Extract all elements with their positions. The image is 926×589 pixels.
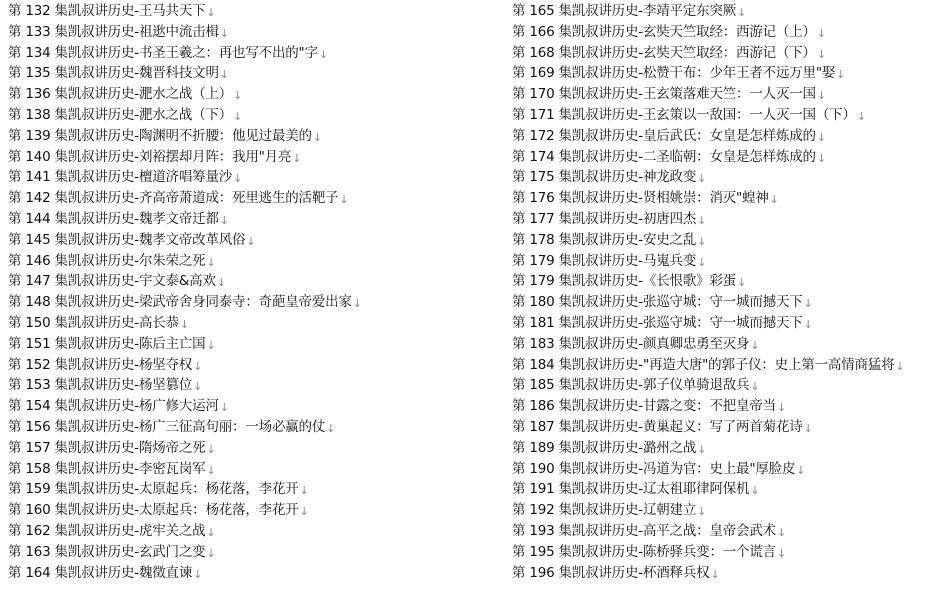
episode-number: 141 xyxy=(25,169,50,185)
episode-title: 集凯叔讲历史-玄武门之变 xyxy=(54,544,205,560)
episode-line: 第192集凯叔讲历史-辽朝建立↓ xyxy=(512,500,904,521)
episode-prefix: 第 xyxy=(512,211,525,227)
episode-number: 166 xyxy=(529,24,554,40)
episode-prefix: 第 xyxy=(8,461,21,477)
episode-prefix: 第 xyxy=(8,294,21,310)
episode-title: 集凯叔讲历史-安史之乱 xyxy=(558,232,696,248)
episode-title: 集凯叔讲历史-贤相姚崇：消灭"蝗神 xyxy=(558,190,768,206)
episode-title: 集凯叔讲历史-隋炀帝之死 xyxy=(54,440,205,456)
episode-title: 集凯叔讲历史-玄奘天竺取经：西游记（上） xyxy=(558,24,815,40)
episode-number: 191 xyxy=(529,481,554,497)
episode-title: 集凯叔讲历史-张巡守城：守一城而撼天下 xyxy=(558,294,802,310)
paragraph-mark-icon: ↓ xyxy=(300,502,309,523)
episode-prefix: 第 xyxy=(8,149,21,165)
episode-title: 集凯叔讲历史-张巡守城：守一城而撼天下 xyxy=(558,315,802,331)
episode-number: 179 xyxy=(529,273,554,289)
episode-number: 178 xyxy=(529,232,554,248)
episode-number: 148 xyxy=(25,294,50,310)
episode-title: 集凯叔讲历史-王玄策以一敌国：一人灭一国（下） xyxy=(558,107,855,123)
episode-number: 154 xyxy=(25,398,50,414)
episode-title: 集凯叔讲历史-王马共天下 xyxy=(54,3,205,19)
episode-title: 集凯叔讲历史-尔朱荣之死 xyxy=(54,253,205,269)
episode-line: 第160集凯叔讲历史-太原起兵：杨花落，李花开↓ xyxy=(8,500,362,521)
episode-prefix: 第 xyxy=(8,502,21,518)
episode-line: 第136集凯叔讲历史-淝水之战（上）↓ xyxy=(8,84,362,105)
episode-title: 集凯叔讲历史-虎牢关之战 xyxy=(54,523,205,539)
episode-number: 159 xyxy=(25,481,50,497)
episode-title: 集凯叔讲历史-祖逖中流击楫 xyxy=(54,24,218,40)
episode-line: 第168集凯叔讲历史-玄奘天竺取经：西游记（下）↓ xyxy=(512,43,904,64)
episode-line: 第179集凯叔讲历史-马嵬兵变↓ xyxy=(512,251,904,272)
episode-line: 第153集凯叔讲历史-杨坚篡位↓ xyxy=(8,375,362,396)
episode-number: 186 xyxy=(529,398,554,414)
episode-number: 147 xyxy=(25,273,50,289)
episode-prefix: 第 xyxy=(512,398,525,414)
episode-number: 177 xyxy=(529,211,554,227)
episode-prefix: 第 xyxy=(8,3,21,19)
paragraph-mark-icon: ↓ xyxy=(206,523,215,544)
episode-prefix: 第 xyxy=(8,107,21,123)
episode-prefix: 第 xyxy=(8,315,21,331)
episode-line: 第154集凯叔讲历史-杨广修大运河↓ xyxy=(8,396,362,417)
paragraph-mark-icon: ↓ xyxy=(697,502,706,523)
paragraph-mark-icon: ↓ xyxy=(206,336,215,357)
episode-number: 192 xyxy=(529,502,554,518)
episode-prefix: 第 xyxy=(512,107,525,123)
episode-prefix: 第 xyxy=(8,419,21,435)
paragraph-mark-icon: ↓ xyxy=(220,65,229,86)
episode-title: 集凯叔讲历史-杯酒释兵权 xyxy=(558,565,709,581)
paragraph-mark-icon: ↓ xyxy=(697,440,706,461)
paragraph-mark-icon: ↓ xyxy=(737,3,746,24)
episode-title: 集凯叔讲历史-淝水之战（上） xyxy=(54,86,232,102)
episode-number: 162 xyxy=(25,523,50,539)
episode-title: 集凯叔讲历史-初唐四杰 xyxy=(558,211,696,227)
episode-line: 第142集凯叔讲历史-齐高帝萧道成：死里逃生的活靶子↓ xyxy=(8,188,362,209)
episode-number: 174 xyxy=(529,149,554,165)
episode-title: 集凯叔讲历史-《长恨歌》彩蛋 xyxy=(558,273,736,289)
episode-number: 171 xyxy=(529,107,554,123)
episode-number: 193 xyxy=(529,523,554,539)
paragraph-mark-icon: ↓ xyxy=(804,294,813,315)
episode-prefix: 第 xyxy=(512,419,525,435)
episode-number: 153 xyxy=(25,377,50,393)
paragraph-mark-icon: ↓ xyxy=(737,273,746,294)
paragraph-mark-icon: ↓ xyxy=(220,211,229,232)
episode-line: 第144集凯叔讲历史-魏孝文帝迁都↓ xyxy=(8,209,362,230)
episode-prefix: 第 xyxy=(8,211,21,227)
episode-prefix: 第 xyxy=(512,45,525,61)
episode-title: 集凯叔讲历史-高平之战：皇帝会武术 xyxy=(558,523,775,539)
paragraph-mark-icon: ↓ xyxy=(836,65,845,86)
episode-title: 集凯叔讲历史-二圣临朝：女皇是怎样炼成的 xyxy=(558,149,815,165)
episode-number: 134 xyxy=(25,45,50,61)
episode-title: 集凯叔讲历史-郭子仪单骑退敌兵 xyxy=(558,377,749,393)
episode-title: 集凯叔讲历史-王玄策落难天竺：一人灭一国 xyxy=(558,86,815,102)
episode-line: 第156集凯叔讲历史-杨广三征高句丽：一场必赢的仗↓ xyxy=(8,417,362,438)
episode-number: 183 xyxy=(529,336,554,352)
episode-line: 第176集凯叔讲历史-贤相姚崇：消灭"蝗神↓ xyxy=(512,188,904,209)
episode-prefix: 第 xyxy=(8,440,21,456)
episode-line: 第183集凯叔讲历史-颜真卿忠勇至灭身↓ xyxy=(512,334,904,355)
episode-prefix: 第 xyxy=(8,253,21,269)
episode-title: 集凯叔讲历史-松赞干布：少年王者不远万里"娶 xyxy=(558,65,835,81)
episode-number: 160 xyxy=(25,502,50,518)
paragraph-mark-icon: ↓ xyxy=(233,169,242,190)
episode-number: 176 xyxy=(529,190,554,206)
episode-line: 第145集凯叔讲历史-魏孝文帝改革风俗↓ xyxy=(8,230,362,251)
episode-title: 集凯叔讲历史-陶渊明不折腰：他见过最美的 xyxy=(54,128,311,144)
episode-title: 集凯叔讲历史-杨广三征高句丽：一场必赢的仗 xyxy=(54,419,325,435)
episode-number: 189 xyxy=(529,440,554,456)
episode-prefix: 第 xyxy=(512,523,525,539)
paragraph-mark-icon: ↓ xyxy=(206,253,215,274)
paragraph-mark-icon: ↓ xyxy=(770,190,779,211)
episode-prefix: 第 xyxy=(8,481,21,497)
episode-prefix: 第 xyxy=(512,190,525,206)
episode-number: 144 xyxy=(25,211,50,227)
episode-line: 第134集凯叔讲历史-书圣王羲之：再也写不出的"字↓ xyxy=(8,43,362,64)
episode-prefix: 第 xyxy=(8,24,21,40)
episode-prefix: 第 xyxy=(8,45,21,61)
episode-prefix: 第 xyxy=(8,65,21,81)
episode-line: 第141集凯叔讲历史-檀道济唱筹量沙↓ xyxy=(8,167,362,188)
episode-line: 第171集凯叔讲历史-王玄策以一敌国：一人灭一国（下）↓ xyxy=(512,105,904,126)
episode-line: 第190集凯叔讲历史-冯道为官：史上最"厚脸皮↓ xyxy=(512,459,904,480)
episode-title: 集凯叔讲历史-潞州之战 xyxy=(558,440,696,456)
episode-number: 165 xyxy=(529,3,554,19)
episode-line: 第178集凯叔讲历史-安史之乱↓ xyxy=(512,230,904,251)
episode-line: 第180集凯叔讲历史-张巡守城：守一城而撼天下↓ xyxy=(512,292,904,313)
episode-number: 196 xyxy=(529,565,554,581)
episode-line: 第147集凯叔讲历史-宇文泰&高欢↓ xyxy=(8,271,362,292)
episode-number: 151 xyxy=(25,336,50,352)
episode-line: 第191集凯叔讲历史-辽太祖耶律阿保机↓ xyxy=(512,479,904,500)
paragraph-mark-icon: ↓ xyxy=(193,565,202,586)
episode-title: 集凯叔讲历史-辽太祖耶律阿保机 xyxy=(558,481,749,497)
paragraph-mark-icon: ↓ xyxy=(697,253,706,274)
episode-prefix: 第 xyxy=(512,440,525,456)
episode-number: 169 xyxy=(529,65,554,81)
episode-number: 133 xyxy=(25,24,50,40)
episode-title: 集凯叔讲历史-颜真卿忠勇至灭身 xyxy=(558,336,749,352)
episode-line: 第189集凯叔讲历史-潞州之战↓ xyxy=(512,438,904,459)
episode-number: 138 xyxy=(25,107,50,123)
episode-line: 第179集凯叔讲历史-《长恨歌》彩蛋↓ xyxy=(512,271,904,292)
episode-title: 集凯叔讲历史-杨广修大运河 xyxy=(54,398,218,414)
episode-line: 第174集凯叔讲历史-二圣临朝：女皇是怎样炼成的↓ xyxy=(512,147,904,168)
episode-number: 157 xyxy=(25,440,50,456)
right-episode-column: 第165集凯叔讲历史-李靖平定东突厥↓ 第166集凯叔讲历史-玄奘天竺取经：西游… xyxy=(512,1,904,583)
episode-prefix: 第 xyxy=(512,377,525,393)
episode-title: 集凯叔讲历史-齐高帝萧道成：死里逃生的活靶子 xyxy=(54,190,338,206)
episode-number: 150 xyxy=(25,315,50,331)
episode-line: 第133集凯叔讲历史-祖逖中流击楫↓ xyxy=(8,22,362,43)
episode-prefix: 第 xyxy=(512,294,525,310)
episode-prefix: 第 xyxy=(512,315,525,331)
paragraph-mark-icon: ↓ xyxy=(777,398,786,419)
episode-line: 第181集凯叔讲历史-张巡守城：守一城而撼天下↓ xyxy=(512,313,904,334)
episode-number: 172 xyxy=(529,128,554,144)
episode-prefix: 第 xyxy=(512,461,525,477)
episode-prefix: 第 xyxy=(512,149,525,165)
paragraph-mark-icon: ↓ xyxy=(697,169,706,190)
episode-prefix: 第 xyxy=(512,232,525,248)
episode-line: 第187集凯叔讲历史-黄巢起义：写了两首菊花诗↓ xyxy=(512,417,904,438)
episode-prefix: 第 xyxy=(8,523,21,539)
episode-title: 集凯叔讲历史-"再造大唐"的郭子仪：史上第一高情商猛将 xyxy=(558,357,894,373)
episode-prefix: 第 xyxy=(8,565,21,581)
episode-prefix: 第 xyxy=(8,169,21,185)
episode-line: 第177集凯叔讲历史-初唐四杰↓ xyxy=(512,209,904,230)
paragraph-mark-icon: ↓ xyxy=(233,86,242,107)
episode-prefix: 第 xyxy=(512,273,525,289)
episode-title: 集凯叔讲历史-太原起兵：杨花落，李花开 xyxy=(54,481,298,497)
episode-prefix: 第 xyxy=(8,377,21,393)
episode-line: 第165集凯叔讲历史-李靖平定东突厥↓ xyxy=(512,1,904,22)
paragraph-mark-icon: ↓ xyxy=(206,544,215,565)
paragraph-mark-icon: ↓ xyxy=(777,544,786,565)
episode-line: 第140集凯叔讲历史-刘裕摆却月阵：我用"月亮↓ xyxy=(8,147,362,168)
paragraph-mark-icon: ↓ xyxy=(750,481,759,502)
paragraph-mark-icon: ↓ xyxy=(206,440,215,461)
episode-title: 集凯叔讲历史-太原起兵：杨花落，李花开 xyxy=(54,502,298,518)
episode-number: 145 xyxy=(25,232,50,248)
episode-title: 集凯叔讲历史-宇文泰&高欢 xyxy=(54,273,215,289)
episode-line: 第135集凯叔讲历史-魏晋科技文明↓ xyxy=(8,63,362,84)
episode-title: 集凯叔讲历史-檀道济唱筹量沙 xyxy=(54,169,232,185)
episode-title: 集凯叔讲历史-辽朝建立 xyxy=(558,502,696,518)
episode-title: 集凯叔讲历史-马嵬兵变 xyxy=(558,253,696,269)
episode-prefix: 第 xyxy=(8,398,21,414)
episode-title: 集凯叔讲历史-冯道为官：史上最"厚脸皮 xyxy=(558,461,795,477)
episode-line: 第138集凯叔讲历史-淝水之战（下）↓ xyxy=(8,105,362,126)
episode-number: 140 xyxy=(25,149,50,165)
episode-line: 第193集凯叔讲历史-高平之战：皇帝会武术↓ xyxy=(512,521,904,542)
paragraph-mark-icon: ↓ xyxy=(339,190,348,211)
paragraph-mark-icon: ↓ xyxy=(206,461,215,482)
episode-prefix: 第 xyxy=(512,253,525,269)
episode-line: 第146集凯叔讲历史-尔朱荣之死↓ xyxy=(8,251,362,272)
paragraph-mark-icon: ↓ xyxy=(750,377,759,398)
episode-prefix: 第 xyxy=(512,24,525,40)
episode-prefix: 第 xyxy=(512,86,525,102)
episode-title: 集凯叔讲历史-刘裕摆却月阵：我用"月亮 xyxy=(54,149,291,165)
episode-number: 181 xyxy=(529,315,554,331)
episode-number: 139 xyxy=(25,128,50,144)
paragraph-mark-icon: ↓ xyxy=(246,232,255,253)
episode-line: 第196集凯叔讲历史-杯酒释兵权↓ xyxy=(512,563,904,584)
episode-prefix: 第 xyxy=(8,544,21,560)
episode-line: 第157集凯叔讲历史-隋炀帝之死↓ xyxy=(8,438,362,459)
episode-prefix: 第 xyxy=(512,169,525,185)
episode-line: 第175集凯叔讲历史-神龙政变↓ xyxy=(512,167,904,188)
episode-prefix: 第 xyxy=(512,544,525,560)
paragraph-mark-icon: ↓ xyxy=(817,149,826,170)
episode-prefix: 第 xyxy=(512,128,525,144)
episode-number: 152 xyxy=(25,357,50,373)
episode-line: 第186集凯叔讲历史-甘露之变：不把皇帝当↓ xyxy=(512,396,904,417)
episode-number: 158 xyxy=(25,461,50,477)
episode-prefix: 第 xyxy=(8,128,21,144)
paragraph-mark-icon: ↓ xyxy=(313,128,322,149)
paragraph-mark-icon: ↓ xyxy=(233,107,242,128)
paragraph-mark-icon: ↓ xyxy=(804,315,813,336)
episode-prefix: 第 xyxy=(512,336,525,352)
episode-prefix: 第 xyxy=(512,65,525,81)
episode-number: 156 xyxy=(25,419,50,435)
episode-title: 集凯叔讲历史-黄巢起义：写了两首菊花诗 xyxy=(558,419,802,435)
episode-number: 190 xyxy=(529,461,554,477)
episode-title: 集凯叔讲历史-魏徵直谏 xyxy=(54,565,192,581)
left-episode-column: 第132集凯叔讲历史-王马共天下↓ 第133集凯叔讲历史-祖逖中流击楫↓ 第13… xyxy=(8,1,362,583)
paragraph-mark-icon: ↓ xyxy=(796,461,805,482)
paragraph-mark-icon: ↓ xyxy=(326,419,335,440)
episode-number: 163 xyxy=(25,544,50,560)
episode-prefix: 第 xyxy=(512,565,525,581)
episode-line: 第162集凯叔讲历史-虎牢关之战↓ xyxy=(8,521,362,542)
episode-line: 第163集凯叔讲历史-玄武门之变↓ xyxy=(8,542,362,563)
episode-number: 132 xyxy=(25,3,50,19)
episode-number: 142 xyxy=(25,190,50,206)
paragraph-mark-icon: ↓ xyxy=(895,357,904,378)
episode-number: 180 xyxy=(529,294,554,310)
episode-title: 集凯叔讲历史-杨坚篡位 xyxy=(54,377,192,393)
episode-line: 第184集凯叔讲历史-"再造大唐"的郭子仪：史上第一高情商猛将↓ xyxy=(512,355,904,376)
episode-number: 170 xyxy=(529,86,554,102)
episode-line: 第159集凯叔讲历史-太原起兵：杨花落，李花开↓ xyxy=(8,479,362,500)
paragraph-mark-icon: ↓ xyxy=(817,128,826,149)
episode-title: 集凯叔讲历史-杨坚夺权 xyxy=(54,357,192,373)
paragraph-mark-icon: ↓ xyxy=(220,24,229,45)
episode-title: 集凯叔讲历史-魏晋科技文明 xyxy=(54,65,218,81)
episode-title: 集凯叔讲历史-高长恭 xyxy=(54,315,178,331)
paragraph-mark-icon: ↓ xyxy=(750,336,759,357)
episode-line: 第164集凯叔讲历史-魏徵直谏↓ xyxy=(8,563,362,584)
episode-title: 集凯叔讲历史-李密瓦岗军 xyxy=(54,461,205,477)
episode-number: 187 xyxy=(529,419,554,435)
episode-prefix: 第 xyxy=(512,357,525,373)
paragraph-mark-icon: ↓ xyxy=(857,107,866,128)
paragraph-mark-icon: ↓ xyxy=(180,315,189,336)
episode-number: 168 xyxy=(529,45,554,61)
episode-prefix: 第 xyxy=(512,3,525,19)
paragraph-mark-icon: ↓ xyxy=(300,481,309,502)
episode-title: 集凯叔讲历史-神龙政变 xyxy=(558,169,696,185)
episode-prefix: 第 xyxy=(8,190,21,206)
paragraph-mark-icon: ↓ xyxy=(206,3,215,24)
episode-number: 136 xyxy=(25,86,50,102)
episode-line: 第148集凯叔讲历史-梁武帝舍身同泰寺：奇葩皇帝爱出家↓ xyxy=(8,292,362,313)
episode-title: 集凯叔讲历史-甘露之变：不把皇帝当 xyxy=(558,398,775,414)
paragraph-mark-icon: ↓ xyxy=(353,294,362,315)
episode-number: 179 xyxy=(529,253,554,269)
episode-number: 185 xyxy=(529,377,554,393)
episode-line: 第150集凯叔讲历史-高长恭↓ xyxy=(8,313,362,334)
paragraph-mark-icon: ↓ xyxy=(292,149,301,170)
paragraph-mark-icon: ↓ xyxy=(220,398,229,419)
episode-number: 135 xyxy=(25,65,50,81)
episode-number: 175 xyxy=(529,169,554,185)
episode-title: 集凯叔讲历史-书圣王羲之：再也写不出的"字 xyxy=(54,45,317,61)
episode-line: 第185集凯叔讲历史-郭子仪单骑退敌兵↓ xyxy=(512,375,904,396)
paragraph-mark-icon: ↓ xyxy=(817,86,826,107)
paragraph-mark-icon: ↓ xyxy=(817,24,826,45)
episode-title: 集凯叔讲历史-梁武帝舍身同泰寺：奇葩皇帝爱出家 xyxy=(54,294,351,310)
episode-prefix: 第 xyxy=(512,502,525,518)
paragraph-mark-icon: ↓ xyxy=(804,419,813,440)
episode-line: 第158集凯叔讲历史-李密瓦岗军↓ xyxy=(8,459,362,480)
episode-line: 第172集凯叔讲历史-皇后武氏：女皇是怎样炼成的↓ xyxy=(512,126,904,147)
paragraph-mark-icon: ↓ xyxy=(217,273,226,294)
paragraph-mark-icon: ↓ xyxy=(193,377,202,398)
episode-line: 第152集凯叔讲历史-杨坚夺权↓ xyxy=(8,355,362,376)
episode-number: 146 xyxy=(25,253,50,269)
episode-title: 集凯叔讲历史-玄奘天竺取经：西游记（下） xyxy=(558,45,815,61)
episode-title: 集凯叔讲历史-陈桥驿兵变：一个谎言 xyxy=(558,544,775,560)
paragraph-mark-icon: ↓ xyxy=(777,523,786,544)
episode-line: 第151集凯叔讲历史-陈后主亡国↓ xyxy=(8,334,362,355)
paragraph-mark-icon: ↓ xyxy=(697,232,706,253)
paragraph-mark-icon: ↓ xyxy=(817,45,826,66)
episode-prefix: 第 xyxy=(8,273,21,289)
episode-line: 第170集凯叔讲历史-王玄策落难天竺：一人灭一国↓ xyxy=(512,84,904,105)
episode-line: 第139集凯叔讲历史-陶渊明不折腰：他见过最美的↓ xyxy=(8,126,362,147)
episode-line: 第166集凯叔讲历史-玄奘天竺取经：西游记（上）↓ xyxy=(512,22,904,43)
episode-title: 集凯叔讲历史-皇后武氏：女皇是怎样炼成的 xyxy=(558,128,815,144)
paragraph-mark-icon: ↓ xyxy=(319,45,328,66)
episode-title: 集凯叔讲历史-魏孝文帝迁都 xyxy=(54,211,218,227)
episode-number: 195 xyxy=(529,544,554,560)
episode-prefix: 第 xyxy=(8,232,21,248)
paragraph-mark-icon: ↓ xyxy=(697,211,706,232)
episode-line: 第195集凯叔讲历史-陈桥驿兵变：一个谎言↓ xyxy=(512,542,904,563)
episode-number: 184 xyxy=(529,357,554,373)
episode-prefix: 第 xyxy=(8,336,21,352)
episode-title: 集凯叔讲历史-淝水之战（下） xyxy=(54,107,232,123)
episode-prefix: 第 xyxy=(8,86,21,102)
episode-title: 集凯叔讲历史-魏孝文帝改革风俗 xyxy=(54,232,245,248)
episode-prefix: 第 xyxy=(8,357,21,373)
episode-line: 第132集凯叔讲历史-王马共天下↓ xyxy=(8,1,362,22)
episode-title: 集凯叔讲历史-陈后主亡国 xyxy=(54,336,205,352)
episode-prefix: 第 xyxy=(512,481,525,497)
paragraph-mark-icon: ↓ xyxy=(710,565,719,586)
episode-title: 集凯叔讲历史-李靖平定东突厥 xyxy=(558,3,736,19)
paragraph-mark-icon: ↓ xyxy=(193,357,202,378)
episode-line: 第169集凯叔讲历史-松赞干布：少年王者不远万里"娶↓ xyxy=(512,63,904,84)
episode-number: 164 xyxy=(25,565,50,581)
